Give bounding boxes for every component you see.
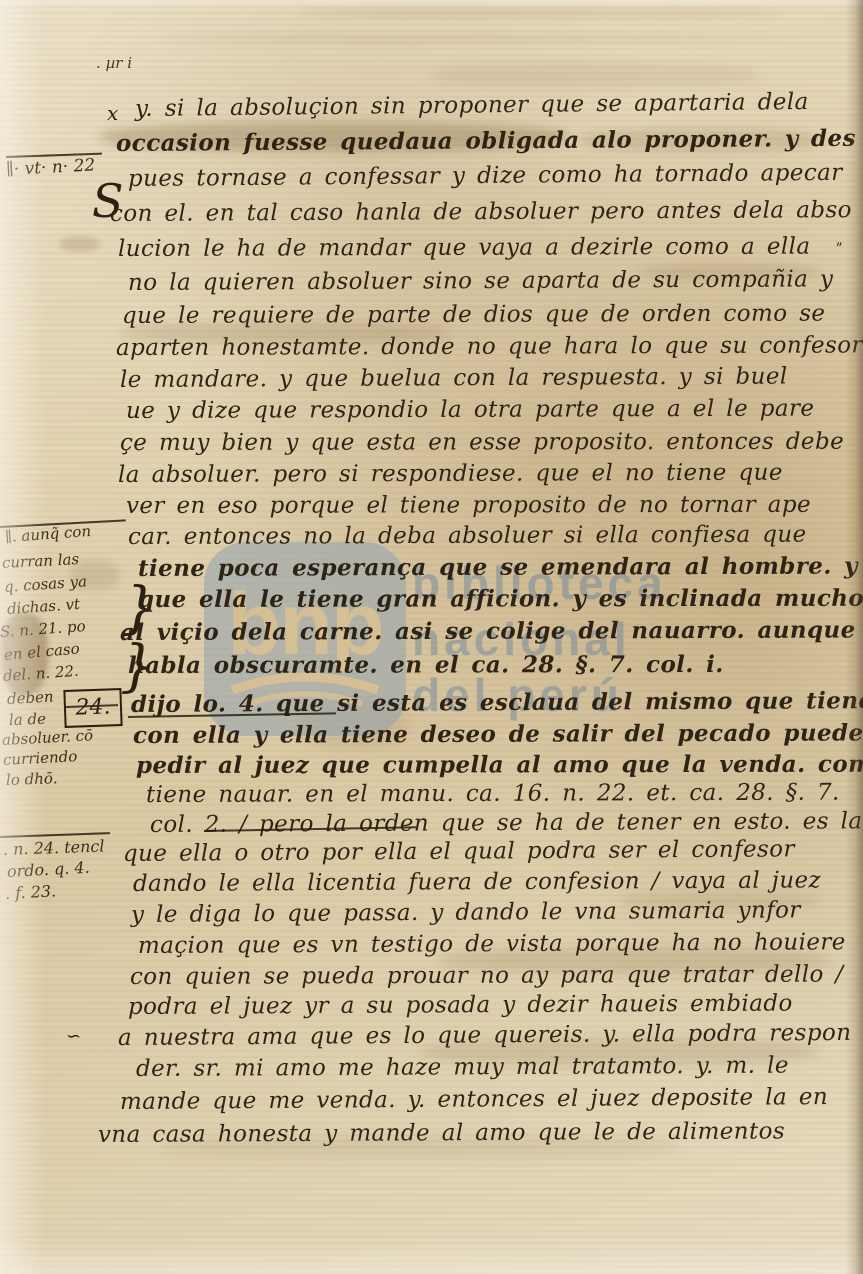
manuscript-line: que ella le tiene gran afficion. y es in… bbox=[138, 585, 863, 613]
manuscript-line: que le requiere de parte de dios que de … bbox=[122, 301, 825, 329]
ink-bleedthrough-smudge bbox=[300, 8, 780, 18]
manuscript-line: podra el juez yr a su posada y dezir hau… bbox=[128, 991, 793, 1020]
margin-note: del. n. 22. bbox=[2, 662, 79, 685]
manuscript-line: tiene poca esperança que se emendara al … bbox=[138, 552, 858, 582]
manuscript-line: lucion le ha de mandar que vaya a dezirl… bbox=[118, 234, 811, 262]
margin-note: la de bbox=[9, 710, 47, 729]
ink-bleedthrough-smudge bbox=[430, 62, 760, 88]
ink-mark: } bbox=[122, 576, 158, 641]
ink-mark: ʺ bbox=[836, 242, 842, 258]
margin-note: lo dhō. bbox=[6, 769, 58, 789]
manuscript-line: vna casa honesta y mande al amo que le d… bbox=[98, 1118, 785, 1148]
ink-bleedthrough-smudge bbox=[60, 236, 100, 252]
ink-bleedthrough-smudge bbox=[160, 34, 780, 43]
manuscript-line: que ella o otro por ella el qual podra s… bbox=[123, 836, 795, 867]
folio-mark: . µr i bbox=[96, 54, 132, 72]
manuscript-line: pedir al juez que cumpella al amo que la… bbox=[136, 751, 863, 779]
manuscript-line: la absoluer. pero si respondiese. que el… bbox=[118, 460, 783, 488]
margin-note: ∥· vt· n· 22 bbox=[5, 155, 95, 180]
manuscript-line: car. entonces no la deba absoluer si ell… bbox=[128, 522, 807, 550]
margin-note: ordo. q. 4. bbox=[7, 858, 91, 881]
manuscript-line: aparten honestamte. donde no que hara lo… bbox=[116, 332, 863, 361]
margin-note: curran las bbox=[2, 550, 80, 572]
manuscript-line: der. sr. mi amo me haze muy mal tratamto… bbox=[136, 1053, 789, 1082]
margin-note: . f. 23. bbox=[5, 881, 57, 903]
manuscript-line: occasion fuesse quedaua obligada alo pro… bbox=[116, 125, 856, 157]
margin-note: . n. 24. tencl bbox=[3, 836, 105, 859]
ink-mark: S bbox=[92, 174, 124, 228]
boxed-margin-number: 24. bbox=[63, 688, 122, 728]
manuscript-line: no la quieren absoluer sino se aparta de… bbox=[128, 266, 833, 296]
ink-mark: ∽ bbox=[66, 1026, 81, 1047]
manuscript-line: çe muy bien y que esta en esse proposito… bbox=[120, 429, 844, 456]
manuscript-line: al viçio dela carne. asi se colige del n… bbox=[120, 616, 856, 646]
margin-note: curriendo bbox=[3, 747, 78, 769]
margin-note: deben bbox=[7, 688, 55, 708]
manuscript-line: habla obscuramte. en el ca. 28. §. 7. co… bbox=[128, 651, 724, 679]
manuscript-line: con quien se pueda prouar no ay para que… bbox=[130, 962, 844, 990]
manuscript-line: ue y dize que respondio la otra parte qu… bbox=[126, 396, 815, 424]
manuscript-line: col. 2. / pero la orden que se ha de ten… bbox=[150, 808, 863, 838]
manuscript-line: maçion que es vn testigo de vista porque… bbox=[138, 929, 846, 959]
ink-mark: x bbox=[107, 101, 118, 125]
margin-note: dichas. vt bbox=[6, 595, 80, 618]
manuscript-line: mande que me venda. y. entonces el juez … bbox=[120, 1084, 828, 1115]
manuscript-line: dijo lo. 4. que si esta es esclaua del m… bbox=[131, 687, 863, 718]
manuscript-line: pues tornase a confessar y dize como ha … bbox=[128, 160, 843, 192]
margin-note: q. cosas ya bbox=[3, 572, 87, 596]
manuscript-line: y le diga lo que passa. y dando le vna s… bbox=[131, 897, 801, 928]
ink-mark: } bbox=[120, 634, 156, 699]
manuscript-line: con el. en tal caso hanla de absoluer pe… bbox=[110, 197, 852, 227]
manuscript-line: ver en eso porque el tiene proposito de … bbox=[126, 492, 811, 519]
manuscript-page: bnp biblioteca nacional del perú . µr i … bbox=[0, 0, 863, 1274]
manuscript-line: y. si la absoluçion sin proponer que se … bbox=[135, 89, 809, 122]
manuscript-line: con ella y ella tiene deseo de salir del… bbox=[133, 719, 863, 749]
margin-note: absoluer. cō bbox=[2, 726, 94, 749]
manuscript-line: a nuestra ama que es lo que quereis. y. … bbox=[118, 1020, 852, 1051]
manuscript-line: tiene nauar. en el manu. ca. 16. n. 22. … bbox=[146, 780, 840, 808]
manuscript-line: dando le ella licentia fuera de confesio… bbox=[133, 867, 821, 897]
manuscript-line: le mandare. y que buelua con la respuest… bbox=[120, 364, 788, 393]
